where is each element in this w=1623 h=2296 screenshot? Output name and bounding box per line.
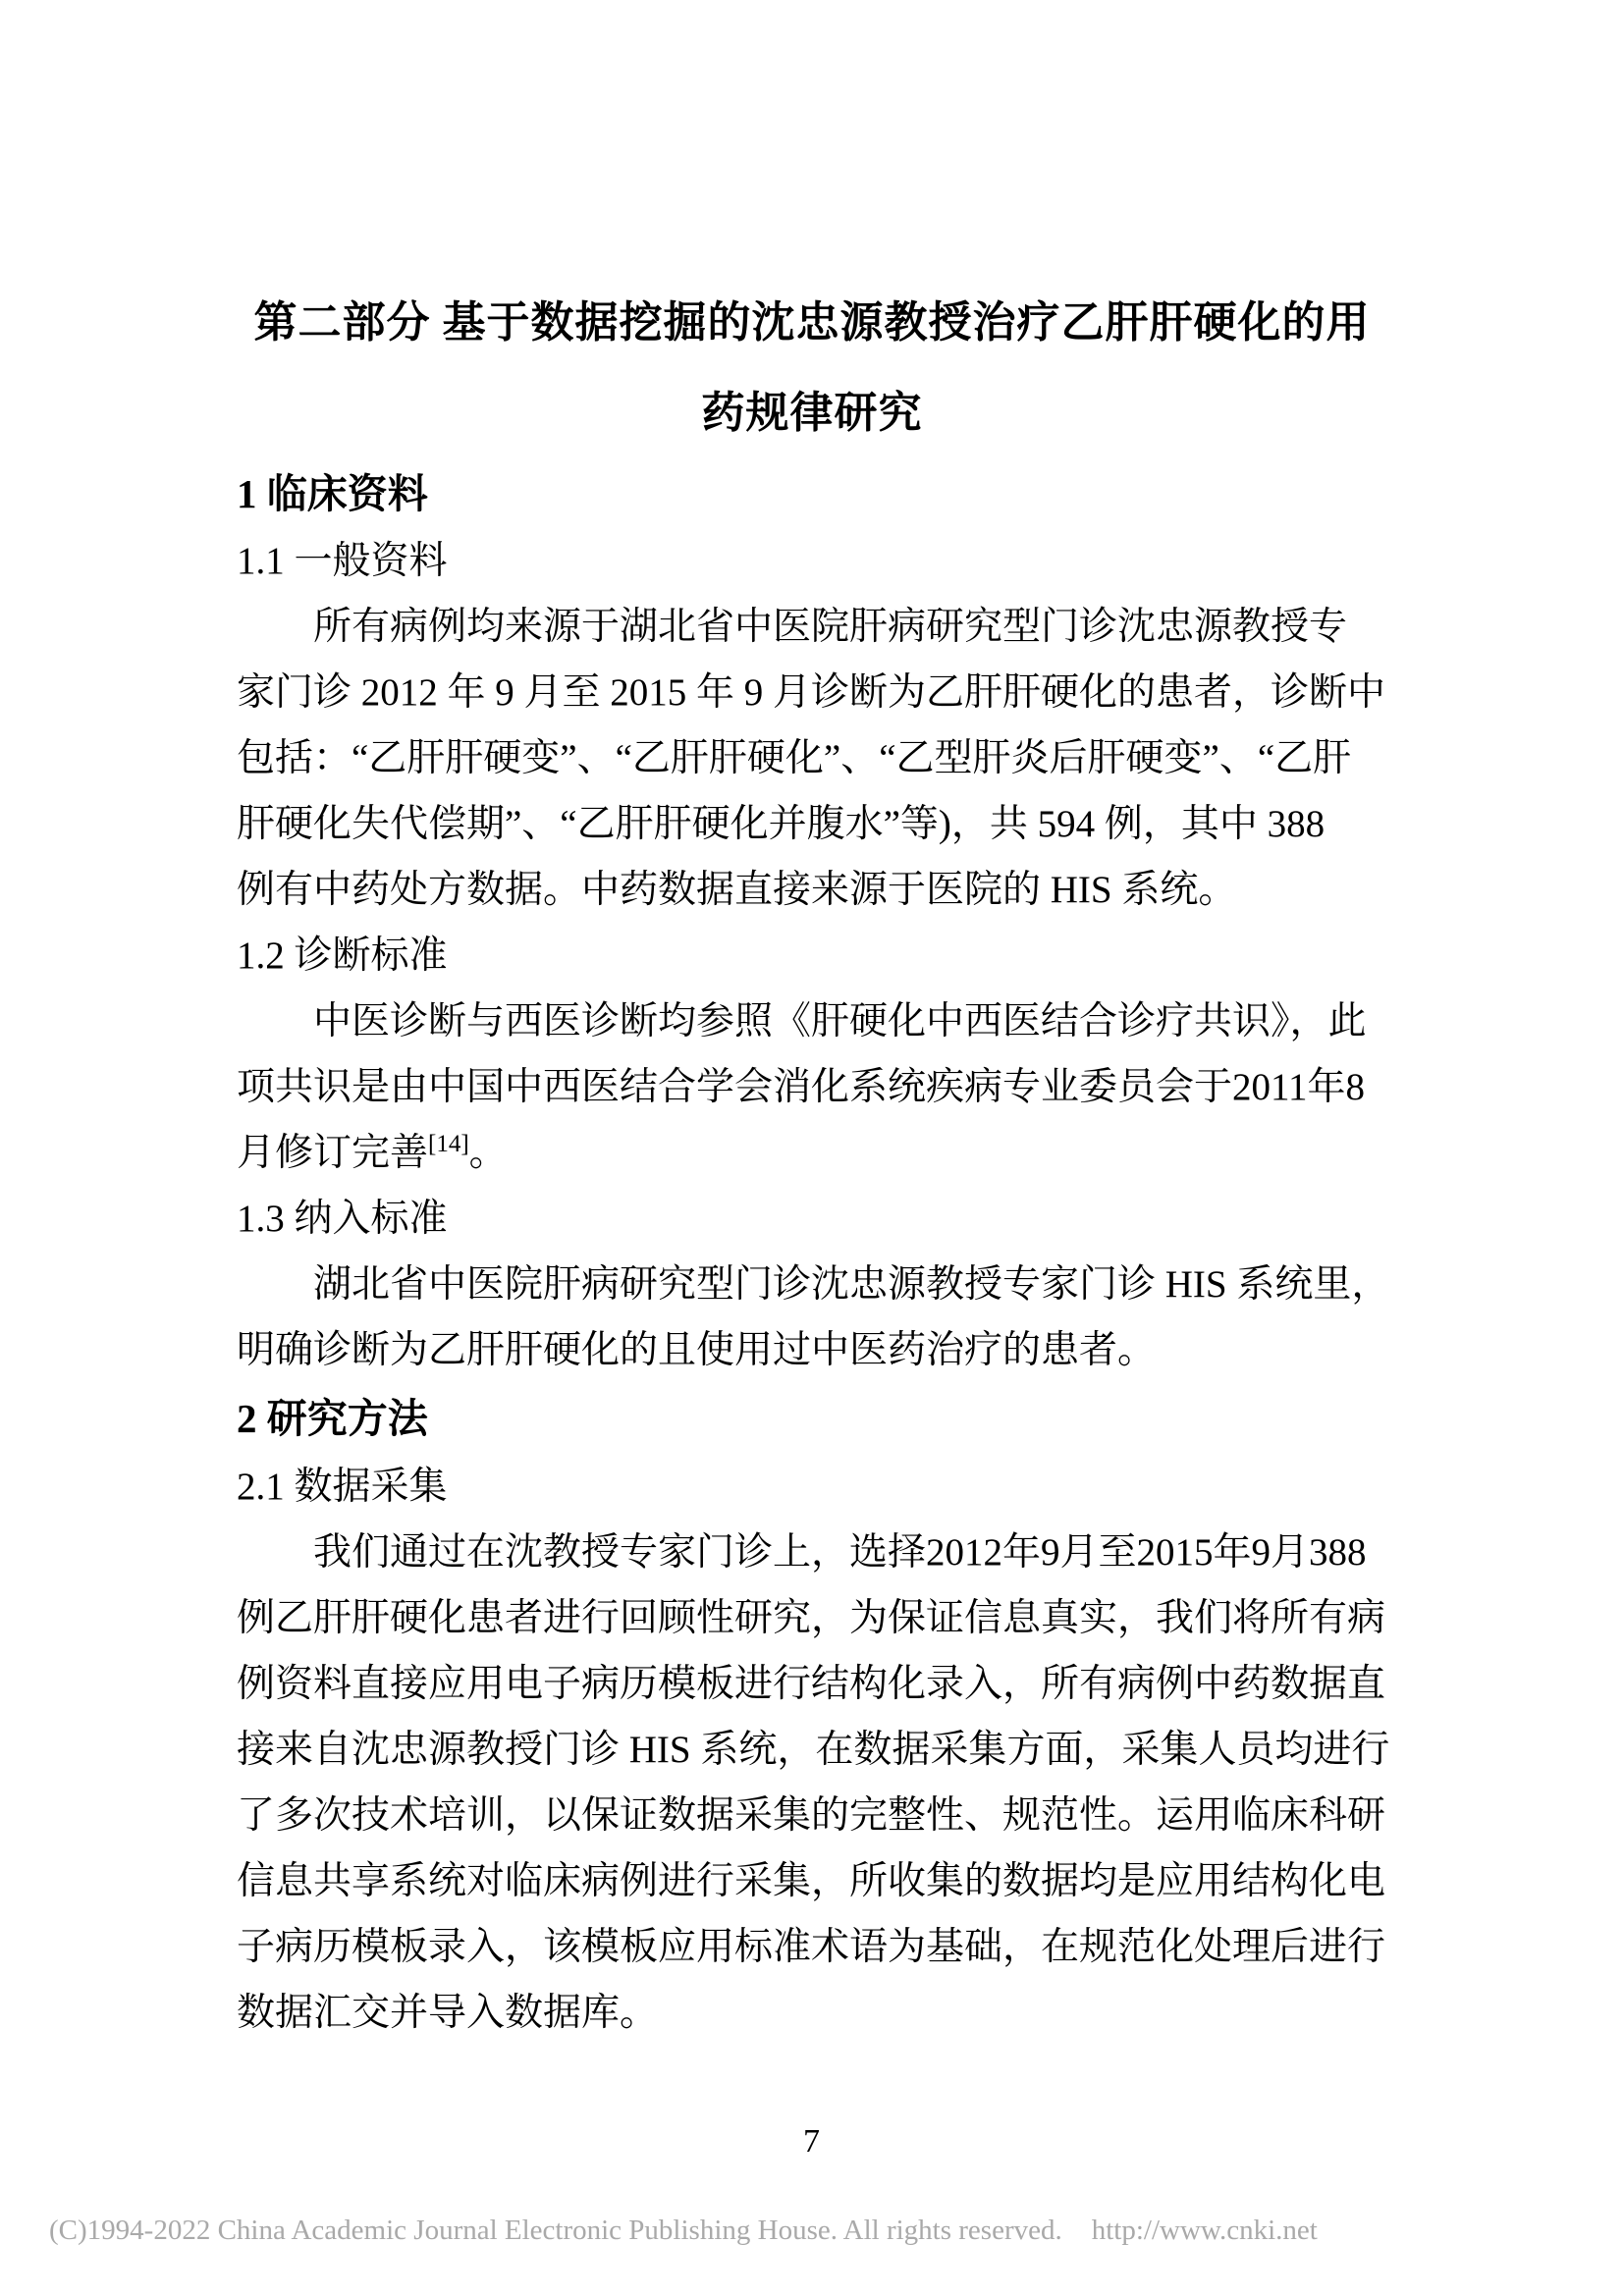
text-line: 例乙肝肝硬化患者进行回顾性研究，为保证信息真实，我们将所有病 xyxy=(237,1585,1387,1651)
page-number: 7 xyxy=(0,2122,1623,2162)
footer-copyright: (C)1994-2022 China Academic Journal Elec… xyxy=(49,2211,1062,2250)
section-1-heading: 1 临床资料 xyxy=(237,458,1387,529)
text-line: 子病历模板录入，该模板应用标准术语为基础，在规范化处理后进行 xyxy=(237,1914,1387,1980)
citation-ref-14: [14] xyxy=(428,1131,469,1157)
paragraph-1-2: 中医诊断与西医诊断均参照《肝硬化中西医结合诊疗共识》，此 项共识是由中国中西医结… xyxy=(237,988,1387,1186)
text-line: 湖北省中医院肝病研究型门诊沈忠源教授专家门诊 HIS 系统里， xyxy=(237,1252,1387,1317)
text-line: 月修订完善[14]。 xyxy=(237,1120,1387,1186)
text-line: 信息共享系统对临床病例进行采集，所收集的数据均是应用结构化电 xyxy=(237,1848,1387,1914)
paragraph-1-3: 湖北省中医院肝病研究型门诊沈忠源教授专家门诊 HIS 系统里， 明确诊断为乙肝肝… xyxy=(237,1252,1387,1383)
text-line: 所有病例均来源于湖北省中医院肝病研究型门诊沈忠源教授专 xyxy=(237,594,1387,660)
text-line: 例资料直接应用电子病历模板进行结构化录入，所有病例中药数据直 xyxy=(237,1651,1387,1717)
footer-url: http://www.cnki.net xyxy=(1092,2211,1318,2250)
paragraph-1-1: 所有病例均来源于湖北省中医院肝病研究型门诊沈忠源教授专 家门诊 2012 年 9… xyxy=(237,594,1387,923)
text-line: 了多次技术培训，以保证数据采集的完整性、规范性。运用临床科研 xyxy=(237,1783,1387,1848)
text-line: 项共识是由中国中西医结合学会消化系统疾病专业委员会于2011年8 xyxy=(237,1054,1387,1120)
text-line: 明确诊断为乙肝肝硬化的且使用过中医药治疗的患者。 xyxy=(237,1317,1387,1383)
section-2-heading: 2 研究方法 xyxy=(237,1383,1387,1454)
document-title-line-2: 药规律研究 xyxy=(237,368,1387,458)
subsection-1-3-heading: 1.3 纳入标准 xyxy=(237,1186,1387,1252)
text-line: 数据汇交并导入数据库。 xyxy=(237,1980,1387,2046)
document-title-line-1: 第二部分 基于数据挖掘的沈忠源教授治疗乙肝肝硬化的用 xyxy=(237,278,1387,368)
paragraph-2-1: 我们通过在沈教授专家门诊上，选择2012年9月至2015年9月388 例乙肝肝硬… xyxy=(237,1520,1387,2046)
text-line: 接来自沈忠源教授门诊 HIS 系统，在数据采集方面，采集人员均进行 xyxy=(237,1717,1387,1783)
text-line: 家门诊 2012 年 9 月至 2015 年 9 月诊断为乙肝肝硬化的患者，诊断… xyxy=(237,660,1387,725)
text-segment: 月修订完善 xyxy=(237,1132,428,1174)
page-content: 第二部分 基于数据挖掘的沈忠源教授治疗乙肝肝硬化的用 药规律研究 1 临床资料 … xyxy=(237,278,1387,2046)
text-line: 例有中药处方数据。中药数据直接来源于医院的 HIS 系统。 xyxy=(237,857,1387,923)
document-page: 第二部分 基于数据挖掘的沈忠源教授治疗乙肝肝硬化的用 药规律研究 1 临床资料 … xyxy=(0,0,1623,2296)
footer: (C)1994-2022 China Academic Journal Elec… xyxy=(49,2211,1581,2250)
subsection-1-2-heading: 1.2 诊断标准 xyxy=(237,923,1387,988)
subsection-2-1-heading: 2.1 数据采集 xyxy=(237,1454,1387,1520)
text-segment: 。 xyxy=(469,1132,508,1174)
text-line: 肝硬化失代偿期”、“乙肝肝硬化并腹水”等)，共 594 例，其中 388 xyxy=(237,791,1387,857)
subsection-1-1-heading: 1.1 一般资料 xyxy=(237,529,1387,594)
text-line: 包括：“乙肝肝硬变”、“乙肝肝硬化”、“乙型肝炎后肝硬变”、“乙肝 xyxy=(237,725,1387,791)
text-line: 中医诊断与西医诊断均参照《肝硬化中西医结合诊疗共识》，此 xyxy=(237,988,1387,1054)
text-line: 我们通过在沈教授专家门诊上，选择2012年9月至2015年9月388 xyxy=(237,1520,1387,1585)
